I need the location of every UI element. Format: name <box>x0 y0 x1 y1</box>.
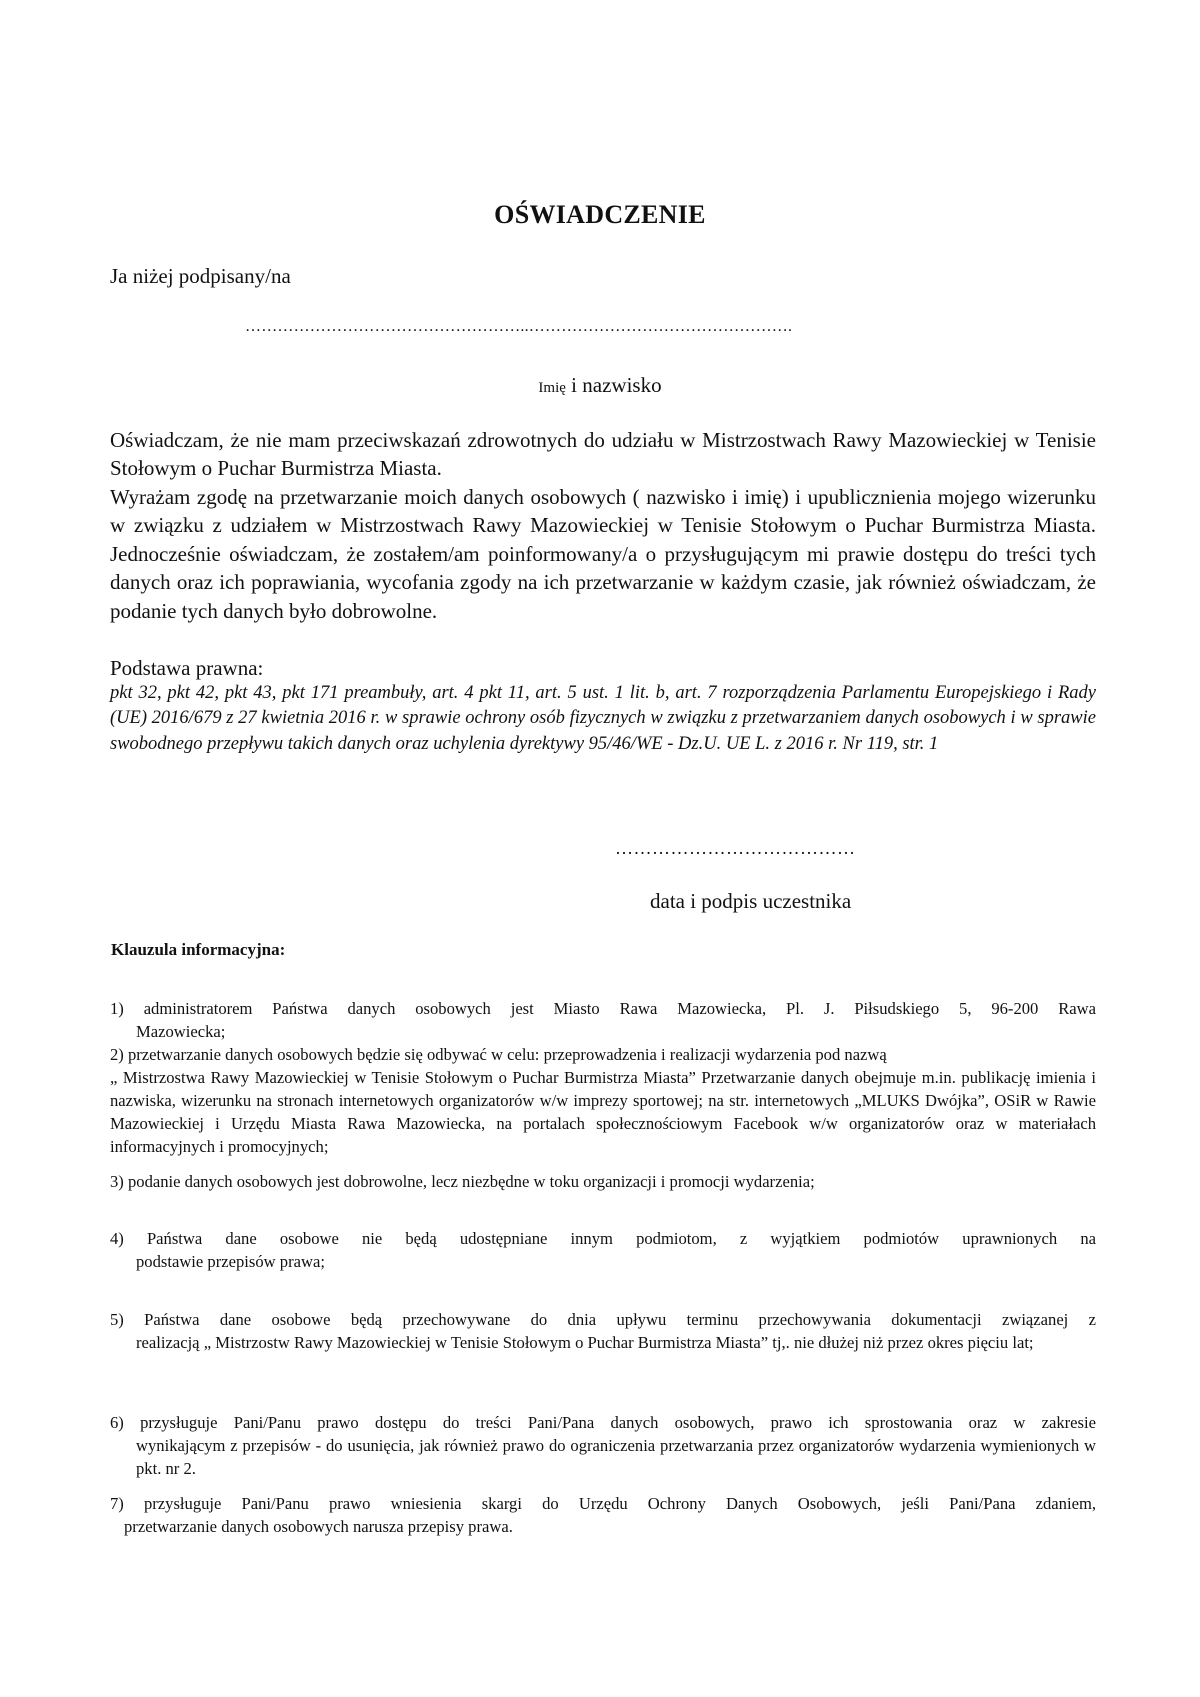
clause-item-2: 2) przetwarzanie danych osobowych będzie… <box>110 1043 1096 1158</box>
clause-item-1: 1) administratorem Państwa danych osobow… <box>110 997 1096 1043</box>
clause-item-3: 3) podanie danych osobowych jest dobrowo… <box>110 1170 1096 1193</box>
signature-fill-line[interactable]: ………………………………… <box>615 838 856 859</box>
clause-item-1-rest: Mazowiecka; <box>110 1020 1096 1043</box>
clause-item-6: 6) przysługuje Pani/Panu prawo dostępu d… <box>110 1411 1096 1480</box>
intro-text: Ja niżej podpisany/na <box>110 264 291 289</box>
clause-title: Klauzula informacyjna: <box>111 940 285 960</box>
name-label-first: Imię <box>538 380 566 396</box>
clause-item-3-first: 3) podanie danych osobowych jest dobrowo… <box>110 1170 1096 1193</box>
clause-item-7: 7) przysługuje Pani/Panu prawo wniesieni… <box>110 1492 1096 1538</box>
clause-item-4: 4) Państwa dane osobowe nie będą udostęp… <box>110 1227 1096 1273</box>
clause-item-5-first: 5) Państwa dane osobowe będą przechowywa… <box>110 1308 1096 1331</box>
clause-item-7-rest: przetwarzanie danych osobowych narusza p… <box>110 1515 1096 1538</box>
name-fill-line[interactable]: ……………………………………………..…………………………………………. <box>245 318 792 336</box>
clause-item-6-rest: wynikającym z przepisów - do usunięcia, … <box>110 1434 1096 1480</box>
clause-item-4-first: 4) Państwa dane osobowe nie będą udostęp… <box>110 1227 1096 1250</box>
signature-label: data i podpis uczestnika <box>650 889 851 914</box>
clause-item-6-first: 6) przysługuje Pani/Panu prawo dostępu d… <box>110 1411 1096 1434</box>
name-label-rest: i nazwisko <box>566 373 662 397</box>
clause-item-2-rest: „ Mistrzostwa Rawy Mazowieckiej w Tenisi… <box>110 1066 1096 1158</box>
declaration-health: Oświadczam, że nie mam przeciwskazań zdr… <box>110 426 1096 483</box>
document-title: OŚWIADCZENIE <box>0 200 1200 230</box>
legal-basis-label: Podstawa prawna: <box>110 654 1096 682</box>
name-field-label: Imię i nazwisko <box>0 373 1200 398</box>
clause-item-4-rest: podstawie przepisów prawa; <box>110 1250 1096 1273</box>
legal-basis-text: pkt 32, pkt 42, pkt 43, pkt 171 preambuł… <box>110 681 1096 757</box>
clause-item-1-first: 1) administratorem Państwa danych osobow… <box>110 997 1096 1020</box>
clause-item-2-first: 2) przetwarzanie danych osobowych będzie… <box>110 1043 1096 1066</box>
clause-item-5: 5) Państwa dane osobowe będą przechowywa… <box>110 1308 1096 1354</box>
declaration-consent: Wyrażam zgodę na przetwarzanie moich dan… <box>110 483 1096 625</box>
clause-item-7-first: 7) przysługuje Pani/Panu prawo wniesieni… <box>110 1492 1096 1515</box>
clause-item-5-rest: realizacją „ Mistrzostw Rawy Mazowieckie… <box>110 1331 1096 1354</box>
